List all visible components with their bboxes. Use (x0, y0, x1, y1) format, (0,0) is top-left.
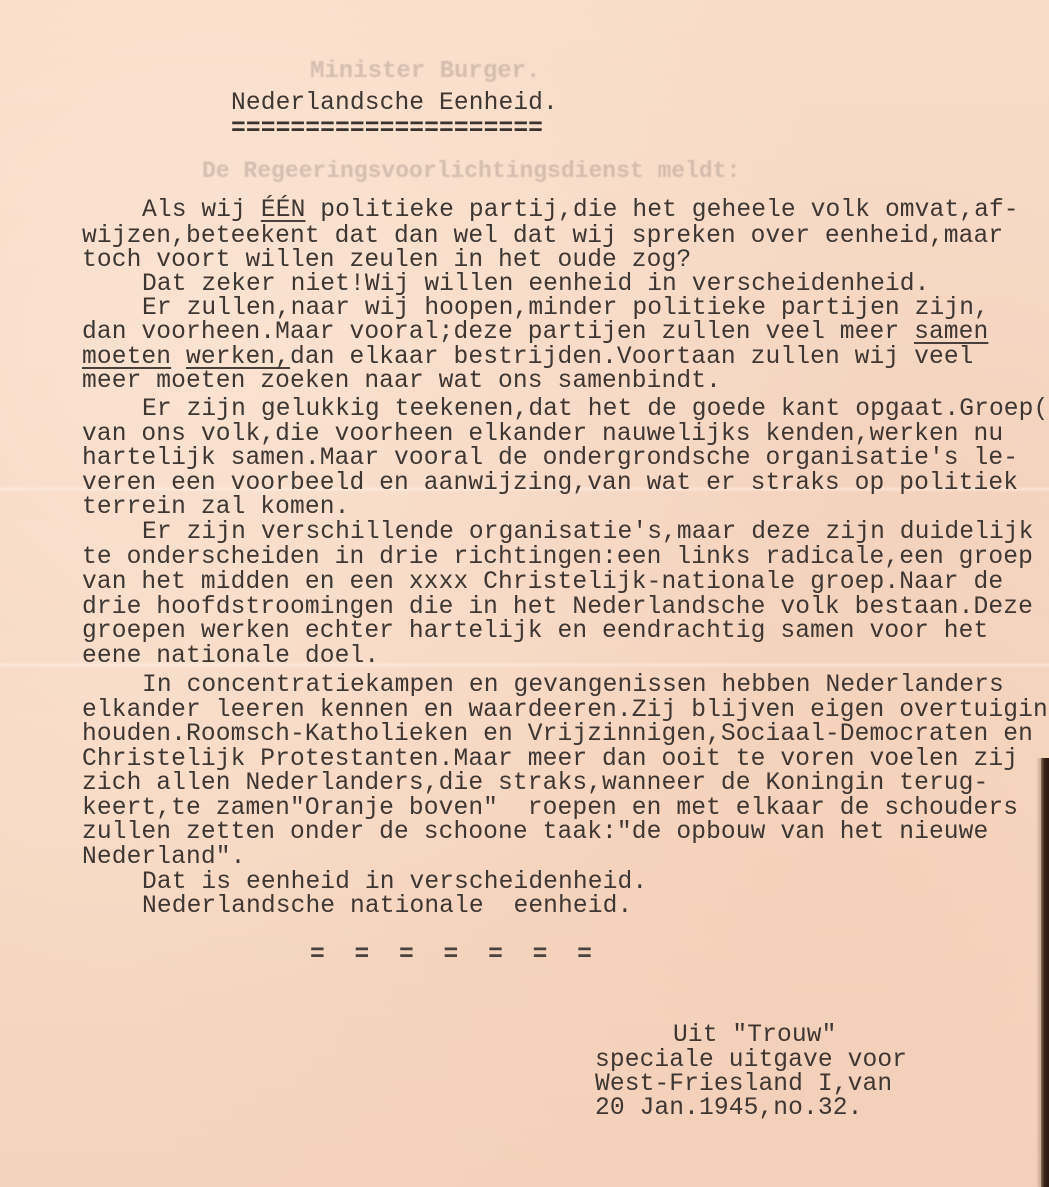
emphasized-word: samen (914, 319, 988, 346)
body-line: Nederlandsche nationale eenheid. (142, 895, 632, 920)
body-line: van ons volk,die voorheen elkander nauwe… (82, 423, 1003, 448)
body-line: hartelijk samen.Maar vooral de ondergron… (82, 447, 1018, 472)
body-line: groepen werken echter hartelijk en eendr… (82, 620, 988, 645)
body-line: Dat zeker niet!Wij willen eenheid in ver… (142, 273, 930, 298)
body-line: houden.Roomsch-Katholieken en Vrijzinnig… (82, 723, 1033, 748)
body-line: Er zullen,naar wij hoopen,minder politie… (142, 297, 989, 322)
body-line: wijzen,beteekent dat dan wel dat wij spr… (82, 225, 1003, 250)
emphasized-word: werken, (186, 344, 290, 371)
body-line: veren een voorbeeld en aanwijzing,van wa… (82, 472, 1018, 497)
body-line: terrein zal komen. (82, 496, 349, 521)
document-title: Nederlandsche Eenheid. (231, 92, 558, 117)
attribution-source: Uit "Trouw" (673, 1024, 836, 1049)
body-line: van het midden en een xxxx Christelijk-n… (82, 571, 1003, 596)
body-line: Er zijn gelukkig teekenen,dat het de goe… (142, 398, 1048, 423)
body-line: keert,te zamen"Oranje boven" roepen en m… (82, 797, 1018, 822)
body-line: dan voorheen.Maar vooral;deze partijen z… (82, 321, 988, 346)
bleed-through-text-top: Minister Burger. (310, 58, 540, 85)
attribution-edition: speciale uitgave voor (595, 1049, 907, 1074)
section-separator: = = = = = = = (310, 944, 599, 969)
body-line: Nederland". (82, 846, 245, 871)
paper-edge (1041, 758, 1049, 1187)
attribution-date: 20 Jan.1945,no.32. (595, 1097, 862, 1122)
body-line: In concentratiekampen en gevangenissen h… (142, 674, 1004, 699)
emphasized-word: veel (914, 344, 973, 371)
emphasized-word: moeten (82, 344, 171, 371)
body-line: Christelijk Protestanten.Maar meer dan o… (82, 748, 1018, 773)
body-line: Er zijn verschillende organisatie's,maar… (142, 521, 1034, 546)
body-line: toch voort willen zeulen in het oude zog… (82, 249, 691, 274)
body-line: elkander leeren kennen en waardeeren.Zij… (82, 699, 1048, 724)
body-line: moeten werken,dan elkaar bestrijden.Voor… (82, 346, 974, 371)
body-line: zullen zetten onder de schoone taak:"de … (82, 821, 988, 846)
body-line: Dat is eenheid in verscheidenheid. (142, 871, 647, 896)
body-line: drie hoofdstroomingen die in het Nederla… (82, 596, 1033, 621)
body-line: te onderscheiden in drie richtingen:een … (82, 546, 1033, 571)
body-line: zich allen Nederlanders,die straks,wanne… (82, 772, 988, 797)
title-double-underline: ===================== (231, 118, 543, 143)
body-line: eene nationale doel. (82, 645, 379, 670)
emphasized-word: ÉÉN (261, 197, 306, 224)
bleed-through-text-middle: De Regeeringsvoorlichtingsdienst meldt: (202, 158, 740, 184)
body-line: meer moeten zoeken naar wat ons samenbin… (82, 370, 721, 395)
attribution-region: West-Friesland I,van (595, 1073, 892, 1098)
body-line: Als wij ÉÉN politieke partij,die het geh… (142, 199, 1019, 224)
